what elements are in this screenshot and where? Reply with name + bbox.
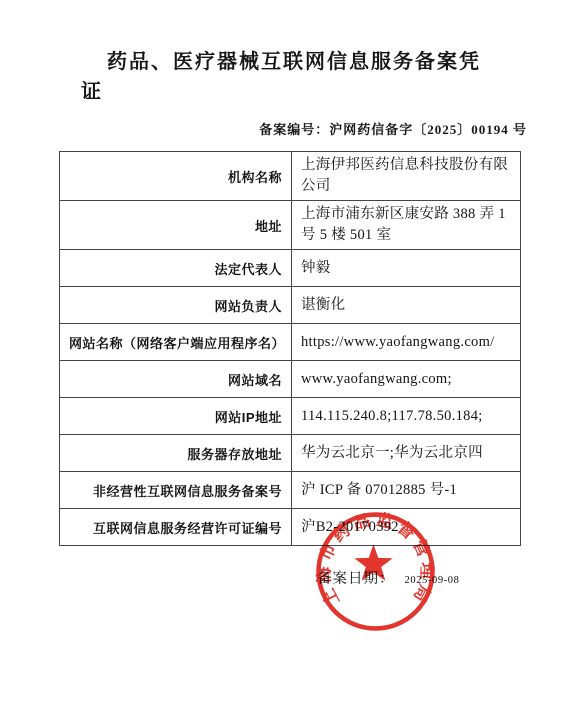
table-row-server-location: 服务器存放地址华为云北京一;华为云北京四	[60, 435, 521, 472]
field-value-site-name: https://www.yaofangwang.com/	[292, 324, 521, 361]
table-row-org-name: 机构名称上海伊邦医药信息科技股份有限公司	[60, 152, 521, 201]
filing-number-value: 沪网药信备字〔2025〕00194 号	[329, 122, 527, 137]
filing-date-label: 备案日期：	[317, 571, 395, 587]
field-value-legal-rep: 钟毅	[292, 250, 521, 287]
filing-number: 备案编号：沪网药信备字〔2025〕00194 号	[259, 119, 527, 138]
field-label-license-no: 互联网信息服务经营许可证编号	[60, 509, 292, 546]
table-row-license-no: 互联网信息服务经营许可证编号沪B2-20170392	[60, 509, 521, 546]
field-value-license-no: 沪B2-20170392	[292, 509, 521, 546]
field-label-site-name: 网站名称（网络客户端应用程序名）	[60, 324, 292, 361]
page-title-line2: 证	[81, 81, 103, 103]
page-title-line1: 药品、医疗器械互联网信息服务备案凭	[81, 51, 481, 73]
page-title: 药品、医疗器械互联网信息服务备案凭 证	[81, 47, 511, 107]
field-value-site-manager: 谌衡化	[292, 287, 521, 324]
field-label-ip-address: 网站IP地址	[60, 398, 292, 435]
field-value-domain-name: www.yaofangwang.com;	[292, 361, 521, 398]
field-value-server-location: 华为云北京一;华为云北京四	[292, 435, 521, 472]
field-label-icp-filing-no: 非经营性互联网信息服务备案号	[60, 472, 292, 509]
table-row-ip-address: 网站IP地址114.115.240.8;117.78.50.184;	[60, 398, 521, 435]
filing-date-value: 2025-09-08	[405, 575, 460, 586]
field-label-server-location: 服务器存放地址	[60, 435, 292, 472]
field-label-domain-name: 网站域名	[60, 361, 292, 398]
table-row-address: 地址上海市浦东新区康安路 388 弄 1 号 5 楼 501 室	[60, 201, 521, 250]
field-label-address: 地址	[60, 201, 292, 250]
table-row-legal-rep: 法定代表人钟毅	[60, 250, 521, 287]
field-value-ip-address: 114.115.240.8;117.78.50.184;	[292, 398, 521, 435]
filing-number-label: 备案编号：	[259, 122, 329, 137]
certificate-page: 药品、医疗器械互联网信息服务备案凭 证 备案编号：沪网药信备字〔2025〕001…	[0, 0, 582, 712]
filing-table-body: 机构名称上海伊邦医药信息科技股份有限公司地址上海市浦东新区康安路 388 弄 1…	[60, 152, 521, 546]
field-value-org-name: 上海伊邦医药信息科技股份有限公司	[292, 152, 521, 201]
field-value-icp-filing-no: 沪 ICP 备 07012885 号-1	[292, 472, 521, 509]
table-row-domain-name: 网站域名www.yaofangwang.com;	[60, 361, 521, 398]
filing-table: 机构名称上海伊邦医药信息科技股份有限公司地址上海市浦东新区康安路 388 弄 1…	[59, 151, 521, 546]
field-label-site-manager: 网站负责人	[60, 287, 292, 324]
table-row-site-name: 网站名称（网络客户端应用程序名）https://www.yaofangwang.…	[60, 324, 521, 361]
filing-date: 备案日期：2025-09-08	[317, 567, 460, 588]
field-value-address: 上海市浦东新区康安路 388 弄 1 号 5 楼 501 室	[292, 201, 521, 250]
field-label-legal-rep: 法定代表人	[60, 250, 292, 287]
field-label-org-name: 机构名称	[60, 152, 292, 201]
table-row-site-manager: 网站负责人谌衡化	[60, 287, 521, 324]
table-row-icp-filing-no: 非经营性互联网信息服务备案号沪 ICP 备 07012885 号-1	[60, 472, 521, 509]
